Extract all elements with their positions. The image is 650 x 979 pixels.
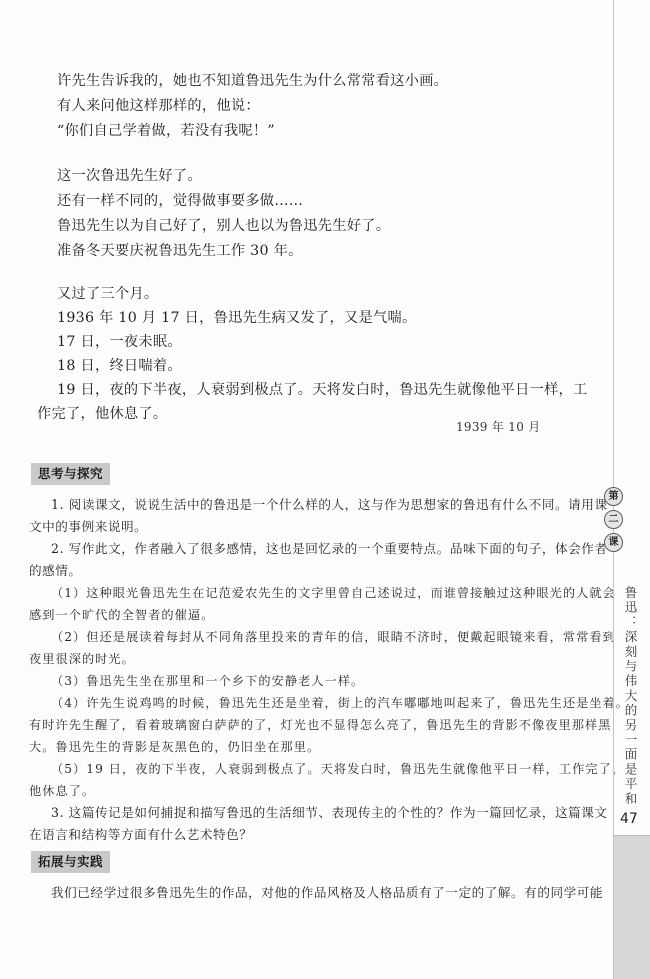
- question-line: 1. 阅读课文，说说生活中的鲁迅是一个什么样的人，这与作为思想家的鲁迅有什么不同…: [51, 496, 608, 514]
- body-line: 作完了，他休息了。: [37, 405, 167, 423]
- body-line: 还有一样不同的，觉得做事要多做……: [57, 192, 303, 210]
- lesson-title-vertical: 鲁迅：深刻与伟大的另一面是平和: [622, 586, 638, 807]
- quote-line: （5）19 日，夜的下半夜，人衰弱到极点了。天将发白时，鲁迅先生就像他平日一样，…: [51, 760, 625, 778]
- quote-line: （1）这种眼光鲁迅先生在记范爱农先生的文字里曾自己述说过，而谁曾接触过这种眼光的…: [51, 584, 616, 602]
- question-line: 在语言和结构等方面有什么艺术特色？: [29, 826, 252, 844]
- body-line: 又过了三个月。: [57, 285, 158, 303]
- quote-line: （2）但还是展读着每封从不同角落里投来的青年的信，眼睛不济时，便戴起眼镜来看，常…: [51, 628, 616, 646]
- margin-rule: [613, 0, 614, 835]
- quote-line: 有时许先生醒了，看着玻璃窗白萨萨的了，灯光也不显得怎么亮了，鲁迅先生的背影不像夜…: [29, 716, 611, 734]
- body-line: 许先生告诉我的，她也不知道鲁迅先生为什么常常看这小画。: [57, 72, 448, 90]
- practice-line: 我们已经学过很多鲁迅先生的作品，对他的作品风格及人格品质有了一定的了解。有的同学…: [51, 884, 603, 902]
- body-line: “你们自己学着做，若没有我呢！”: [57, 122, 275, 140]
- margin-gray-block: [613, 836, 650, 979]
- section-header-think: 思考与探究: [31, 463, 110, 485]
- page-number: 47: [620, 811, 638, 827]
- question-line: 2. 写作此文，作者融入了很多感情，这也是回忆录的一个重要特点。品味下面的句子，…: [51, 540, 608, 558]
- lesson-circle-icon: 课: [604, 533, 623, 552]
- question-line: 文中的事例来说明。: [29, 518, 147, 536]
- body-line: 17 日，一夜未眠。: [57, 333, 182, 351]
- question-line: 3. 这篇传记是如何捕捉和描写鲁迅的生活细节、表现传主的个性的？作为一篇回忆录，…: [51, 804, 608, 822]
- quote-line: 大。鲁迅先生的背影是灰黑色的，仍旧坐在那里。: [29, 738, 320, 756]
- body-line: 有人来问他这样那样的，他说：: [57, 97, 260, 115]
- body-line: 准备冬天要庆祝鲁迅先生工作 30 年。: [57, 242, 303, 260]
- quote-line: （4）许先生说鸡鸣的时候，鲁迅先生还是坐着，街上的汽车嘟嘟地叫起来了，鲁迅先生还…: [51, 694, 629, 712]
- lesson-circle-icon: 第: [604, 487, 623, 506]
- quote-line: 他休息了。: [29, 782, 95, 800]
- section-header-practice: 拓展与实践: [31, 851, 110, 873]
- article-date: 1939 年 10 月: [456, 418, 541, 436]
- quote-line: 感到一个旷代的全智者的催逼。: [29, 606, 214, 624]
- textbook-page: 许先生告诉我的，她也不知道鲁迅先生为什么常常看这小画。 有人来问他这样那样的，他…: [0, 0, 650, 979]
- lesson-circle-icon: 二: [604, 510, 623, 529]
- question-line: 的感情。: [29, 562, 82, 580]
- quote-line: 夜里很深的时光。: [29, 650, 135, 668]
- body-line: 18 日，终日喘着。: [57, 357, 182, 375]
- quote-line: （3）鲁迅先生坐在那里和一个乡下的安静老人一样。: [51, 672, 364, 690]
- body-line: 19 日，夜的下半夜，人衰弱到极点了。天将发白时，鲁迅先生就像他平日一样，工: [57, 381, 588, 399]
- body-line: 这一次鲁迅先生好了。: [57, 167, 202, 185]
- body-line: 鲁迅先生以为自己好了，别人也以为鲁迅先生好了。: [57, 217, 390, 235]
- body-line: 1936 年 10 月 17 日，鲁迅先生病又发了，又是气喘。: [57, 309, 416, 327]
